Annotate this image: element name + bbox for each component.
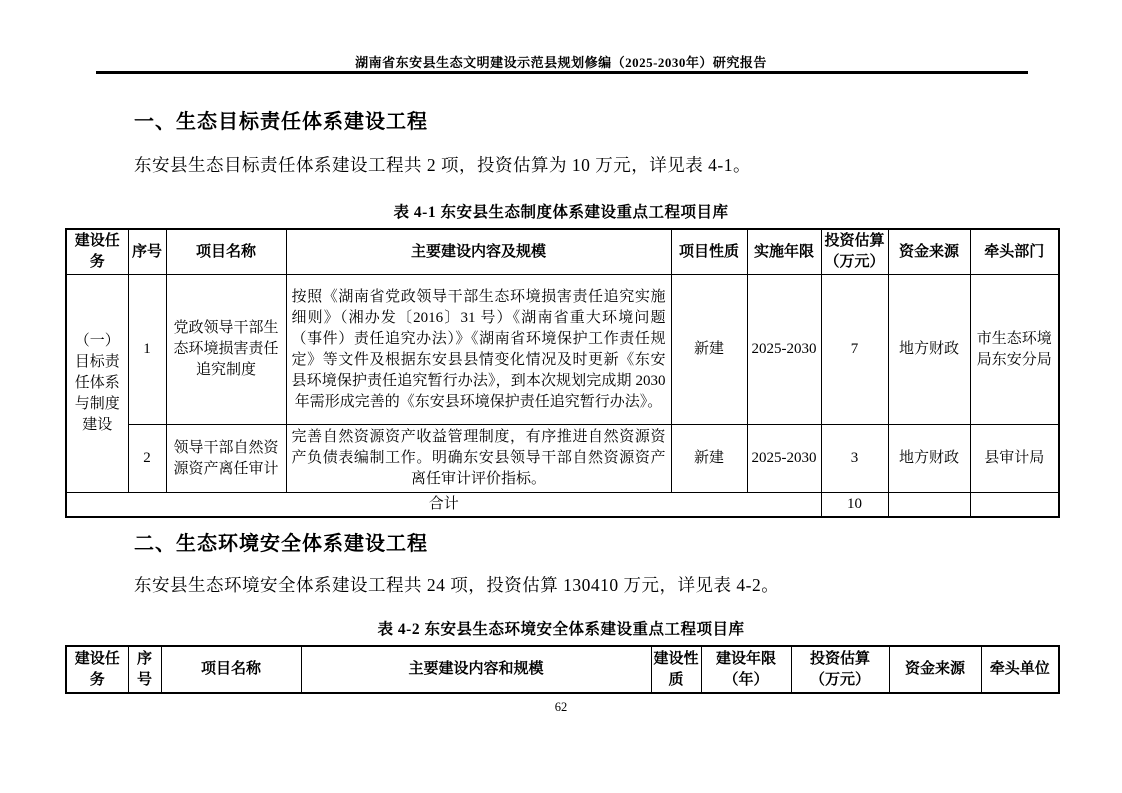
col-header-task: 建设任务 [66, 229, 128, 275]
empty-cell [888, 493, 970, 518]
cell-nature: 新建 [671, 275, 747, 425]
table-4-1: 建设任务 序号 项目名称 主要建设内容及规模 项目性质 实施年限 投资估算 （万… [65, 228, 1060, 518]
col-header-project-name: 项目名称 [166, 229, 286, 275]
section-2-heading: 二、生态环境安全体系建设工程 [134, 527, 428, 556]
cell-lead: 县审计局 [970, 425, 1059, 493]
col-header-years: 实施年限 [747, 229, 821, 275]
col-header-nature: 建设性质 [651, 646, 701, 693]
header-rule [96, 71, 1028, 74]
cell-project-name: 党政领导干部生态环境损害责任追究制度 [166, 275, 286, 425]
table-4-1-header-row: 建设任务 序号 项目名称 主要建设内容及规模 项目性质 实施年限 投资估算 （万… [66, 229, 1059, 275]
table-4-2-caption: 表 4-2 东安县生态环境安全体系建设重点工程项目库 [0, 617, 1122, 639]
cell-content: 按照《湖南省党政领导干部生态环境损害责任追究实施细则》（湘办发〔2016〕31 … [286, 275, 671, 425]
col-header-no: 序号 [128, 646, 161, 693]
cell-no: 2 [128, 425, 166, 493]
col-header-nature: 项目性质 [671, 229, 747, 275]
total-label-cell: 合计 [66, 493, 821, 518]
col-header-no: 序号 [128, 229, 166, 275]
table-total-row: 合计 10 [66, 493, 1059, 518]
table-4-2-header-row: 建设任务 序号 项目名称 主要建设内容和规模 建设性质 建设年限 （年） 投资估… [66, 646, 1059, 693]
col-header-lead: 牵头部门 [970, 229, 1059, 275]
cell-years: 2025-2030 [747, 425, 821, 493]
col-header-years: 建设年限 （年） [701, 646, 791, 693]
col-header-investment: 投资估算 （万元） [821, 229, 888, 275]
total-investment-cell: 10 [821, 493, 888, 518]
empty-cell [970, 493, 1059, 518]
table-row: 2 领导干部自然资源资产离任审计 完善自然资源资产收益管理制度，有序推进自然资源… [66, 425, 1059, 493]
col-header-task: 建设任务 [66, 646, 128, 693]
table-4-1-caption: 表 4-1 东安县生态制度体系建设重点工程项目库 [0, 200, 1122, 222]
section-1-heading: 一、生态目标责任体系建设工程 [134, 105, 428, 134]
cell-investment: 7 [821, 275, 888, 425]
cell-lead: 市生态环境局东安分局 [970, 275, 1059, 425]
cell-funding: 地方财政 [888, 425, 970, 493]
cell-no: 1 [128, 275, 166, 425]
cell-nature: 新建 [671, 425, 747, 493]
page-number: 62 [0, 700, 1122, 715]
table-4-2: 建设任务 序号 项目名称 主要建设内容和规模 建设性质 建设年限 （年） 投资估… [65, 645, 1060, 694]
cell-investment: 3 [821, 425, 888, 493]
cell-project-name: 领导干部自然资源资产离任审计 [166, 425, 286, 493]
cell-funding: 地方财政 [888, 275, 970, 425]
col-header-funding: 资金来源 [889, 646, 981, 693]
col-header-project-name: 项目名称 [161, 646, 301, 693]
table-row: （一）目标责任体系与制度建设 1 党政领导干部生态环境损害责任追究制度 按照《湖… [66, 275, 1059, 425]
cell-years: 2025-2030 [747, 275, 821, 425]
col-header-lead: 牵头单位 [981, 646, 1059, 693]
col-header-content: 主要建设内容和规模 [301, 646, 651, 693]
col-header-investment: 投资估算 （万元） [791, 646, 889, 693]
section-1-intro: 东安县生态目标责任体系建设工程共 2 项，投资估算为 10 万元，详见表 4-1… [134, 152, 751, 177]
document-page: 湖南省东安县生态文明建设示范县规划修编（2025-2030年）研究报告 一、生态… [0, 0, 1122, 793]
section-2-intro: 东安县生态环境安全体系建设工程共 24 项，投资估算 130410 万元，详见表… [134, 572, 779, 597]
task-group-cell: （一）目标责任体系与制度建设 [66, 275, 128, 493]
col-header-content: 主要建设内容及规模 [286, 229, 671, 275]
running-header: 湖南省东安县生态文明建设示范县规划修编（2025-2030年）研究报告 [0, 52, 1122, 71]
cell-content: 完善自然资源资产收益管理制度，有序推进自然资源资产负债表编制工作。明确东安县领导… [286, 425, 671, 493]
col-header-funding: 资金来源 [888, 229, 970, 275]
